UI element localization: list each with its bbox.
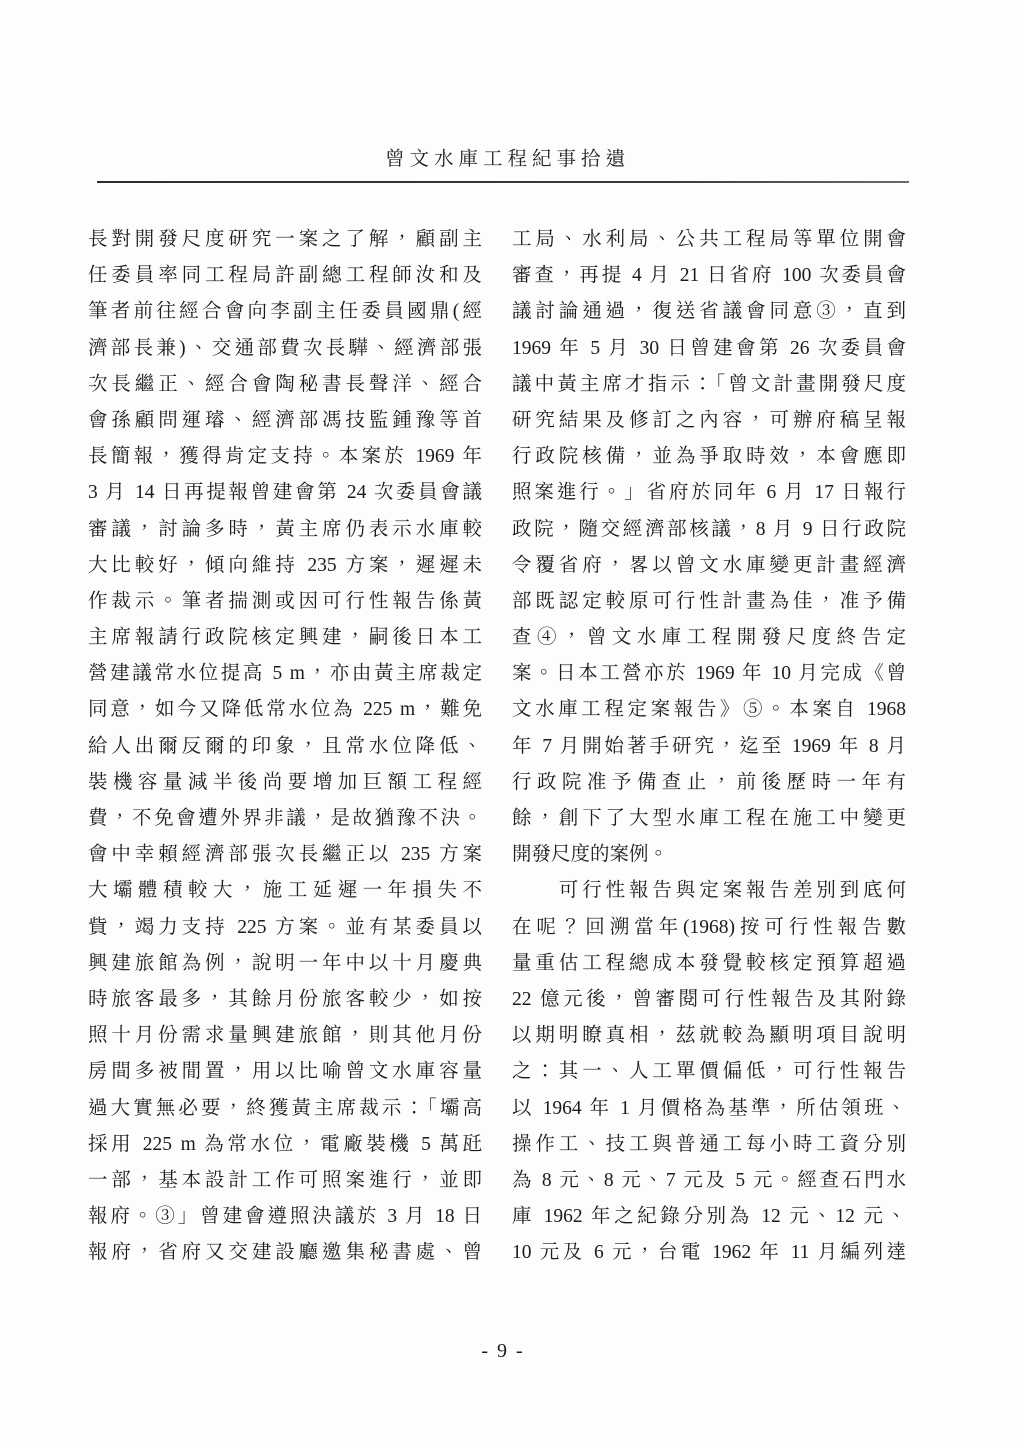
text-line: 興建旅館為例，說明一年中以十月慶典: [88, 946, 482, 982]
text-line: 營建議常水位提高 5 m，亦由黃主席裁定: [88, 656, 482, 692]
text-line: 為 8 元、8 元、7 元及 5 元。經查石門水: [512, 1163, 906, 1199]
text-line: 次長繼正、經合會陶秘書長聲洋、經合: [88, 367, 482, 403]
text-line: 1969 年 5 月 30 日曾建會第 26 次委員會: [512, 331, 906, 367]
text-line: 給人出爾反爾的印象，且常水位降低、: [88, 729, 482, 765]
text-line: 行政院准予備查止，前後歷時一年有: [512, 765, 906, 801]
page-number: - 9 -: [0, 1340, 1006, 1363]
text-line: 餘，創下了大型水庫工程在施工中變更: [512, 801, 906, 837]
text-line: 審議，討論多時，黃主席仍表示水庫較: [88, 512, 482, 548]
text-line: 政院，隨交經濟部核議，8 月 9 日行政院: [512, 512, 906, 548]
text-line: 令覆省府，畧以曾文水庫變更計畫經濟: [512, 548, 906, 584]
text-line: 濟部長兼)、交通部費次長驊、經濟部張: [88, 331, 482, 367]
text-line: 報府，省府又交建設廳邀集秘書處、曾: [88, 1235, 482, 1271]
text-line: 會中幸賴經濟部張次長繼正以 235 方案: [88, 837, 482, 873]
text-line: 一部，基本設計工作可照案進行，並即: [88, 1163, 482, 1199]
text-line: 採用 225 m 為常水位，電廠裝機 5 萬瓩: [88, 1127, 482, 1163]
text-line: 任委員率同工程局許副總工程師汝和及: [88, 258, 482, 294]
text-line: 長簡報，獲得肯定支持。本案於 1969 年: [88, 439, 482, 475]
text-line: 以 1964 年 1 月價格為基準，所估領班、: [512, 1091, 906, 1127]
text-line: 案。日本工營亦於 1969 年 10 月完成《曾: [512, 656, 906, 692]
text-line: 筆者前往經合會向李副主任委員國鼎(經: [88, 294, 482, 330]
text-line: 年 7 月開始著手研究，迄至 1969 年 8 月: [512, 729, 906, 765]
text-line: 議中黃主席才指示：「曾文計畫開發尺度: [512, 367, 906, 403]
text-line: 照十月份需求量興建旅館，則其他月份: [88, 1018, 482, 1054]
text-line: 行政院核備，並為爭取時效，本會應即: [512, 439, 906, 475]
text-columns: 長對開發尺度研究一案之了解，顧副主 任委員率同工程局許副總工程師汝和及 筆者前往…: [88, 222, 936, 1274]
text-line: 3 月 14 日再提報曾建會第 24 次委員會議: [88, 475, 482, 511]
text-line-paragraph-indent: 可行性報告與定案報告差別到底何: [512, 873, 906, 909]
left-column: 長對開發尺度研究一案之了解，顧副主 任委員率同工程局許副總工程師汝和及 筆者前往…: [88, 222, 482, 1271]
text-line: 大壩體積較大，施工延遲一年損失不: [88, 873, 482, 909]
text-line: 查④，曾文水庫工程開發尺度終告定: [512, 620, 906, 656]
text-line: 長對開發尺度研究一案之了解，顧副主: [88, 222, 482, 258]
text-line: 過大實無必要，終獲黃主席裁示：「壩高: [88, 1091, 482, 1127]
text-line: 之：其一、人工單價偏低，可行性報告: [512, 1054, 906, 1090]
header-rule: [97, 181, 909, 183]
running-title: 曾文水庫工程紀事拾遺: [0, 143, 1010, 171]
text-line: 審查，再提 4 月 21 日省府 100 次委員會: [512, 258, 906, 294]
text-line: 時旅客最多，其餘月份旅客較少，如按: [88, 982, 482, 1018]
text-line: 議討論通過，復送省議會同意③，直到: [512, 294, 906, 330]
text-line: 會孫顧問運璿、經濟部馮技監鍾豫等首: [88, 403, 482, 439]
text-line: 作裁示。筆者揣測或因可行性報告係黃: [88, 584, 482, 620]
text-line: 量重估工程總成本發覺較核定預算超過: [512, 946, 906, 982]
text-line: 以期明瞭真相，茲就較為顯明項目說明: [512, 1018, 906, 1054]
text-line: 大比較好，傾向維持 235 方案，遲遲未: [88, 548, 482, 584]
text-line: 操作工、技工與普通工每小時工資分別: [512, 1127, 906, 1163]
text-line-paragraph-end: 開發尺度的案例。: [512, 837, 906, 873]
text-line: 照案進行。」省府於同年 6 月 17 日報行: [512, 475, 906, 511]
text-line: 文水庫工程定案報告》⑤。本案自 1968: [512, 692, 906, 728]
text-line: 在呢？回溯當年(1968)按可行性報告數: [512, 910, 906, 946]
text-line: 房間多被閒置，用以比喻曾文水庫容量: [88, 1054, 482, 1090]
text-line: 庫 1962 年之紀錄分別為 12 元、12 元、: [512, 1199, 906, 1235]
text-line: 費，不免會遭外界非議，是故猶豫不決。: [88, 801, 482, 837]
text-line: 22 億元後，曾審閱可行性報告及其附錄: [512, 982, 906, 1018]
text-line: 10 元及 6 元，台電 1962 年 11 月編列達: [512, 1235, 906, 1271]
text-line: 貲，竭力支持 225 方案。並有某委員以: [88, 910, 482, 946]
text-line: 報府。③」曾建會遵照決議於 3 月 18 日: [88, 1199, 482, 1235]
text-line: 同意，如今又降低常水位為 225 m，難免: [88, 692, 482, 728]
text-line: 部既認定較原可行性計畫為佳，准予備: [512, 584, 906, 620]
text-line: 主席報請行政院核定興建，嗣後日本工: [88, 620, 482, 656]
text-line: 研究結果及修訂之內容，可辦府稿呈報: [512, 403, 906, 439]
text-line: 裝機容量減半後尚要增加巨額工程經: [88, 765, 482, 801]
text-line: 工局、水利局、公共工程局等單位開會: [512, 222, 906, 258]
right-column: 工局、水利局、公共工程局等單位開會 審查，再提 4 月 21 日省府 100 次…: [512, 222, 906, 1271]
